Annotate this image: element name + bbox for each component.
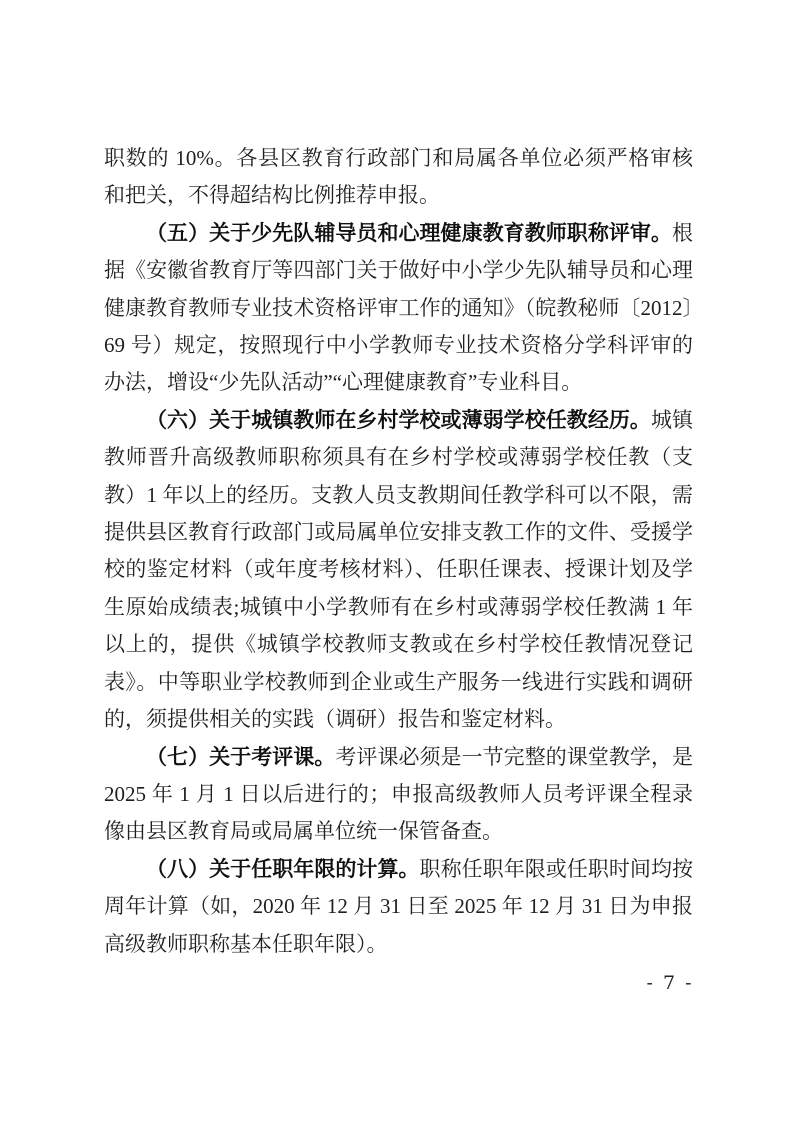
paragraph-text: 职数的 10%。各县区教育行政部门和局属各单位必须严格审核和把关，不得超结构比例… — [104, 146, 693, 207]
paragraph-continuation: 职数的 10%。各县区教育行政部门和局属各单位必须严格审核和把关，不得超结构比例… — [104, 140, 693, 215]
paragraph-item-8: （八）关于任职年限的计算。职称任职年限或任职时间均按周年计算（如，2020 年 … — [104, 851, 693, 963]
paragraph-lead-bold: （五）关于少先队辅导员和心理健康教育教师职称评审。 — [146, 222, 672, 245]
paragraph-item-7: （七）关于考评课。考评课必须是一节完整的课堂教学，是 2025 年 1 月 1 … — [104, 739, 693, 851]
paragraph-item-5: （五）关于少先队辅导员和心理健康教育教师职称评审。根据《安徽省教育厅等四部门关于… — [104, 215, 693, 402]
paragraph-text: 根据《安徽省教育厅等四部门关于做好中小学少先队辅导员和心理健康教育教师专业技术资… — [104, 221, 693, 395]
page-number: - 7 - — [640, 972, 700, 994]
document-body: 职数的 10%。各县区教育行政部门和局属各单位必须严格审核和把关，不得超结构比例… — [104, 140, 693, 963]
paragraph-lead-bold: （八）关于任职年限的计算。 — [146, 858, 420, 881]
paragraph-text: 城镇教师晋升高级教师职称须具有在乡村学校或薄弱学校任教（支教）1 年以上的经历。… — [104, 408, 693, 731]
paragraph-lead-bold: （七）关于考评课。 — [146, 746, 335, 769]
document-page: 职数的 10%。各县区教育行政部门和局属各单位必须严格审核和把关，不得超结构比例… — [0, 0, 794, 1123]
paragraph-item-6: （六）关于城镇教师在乡村学校或薄弱学校任教经历。城镇教师晋升高级教师职称须具有在… — [104, 402, 693, 739]
paragraph-lead-bold: （六）关于城镇教师在乡村学校或薄弱学校任教经历。 — [146, 409, 651, 432]
